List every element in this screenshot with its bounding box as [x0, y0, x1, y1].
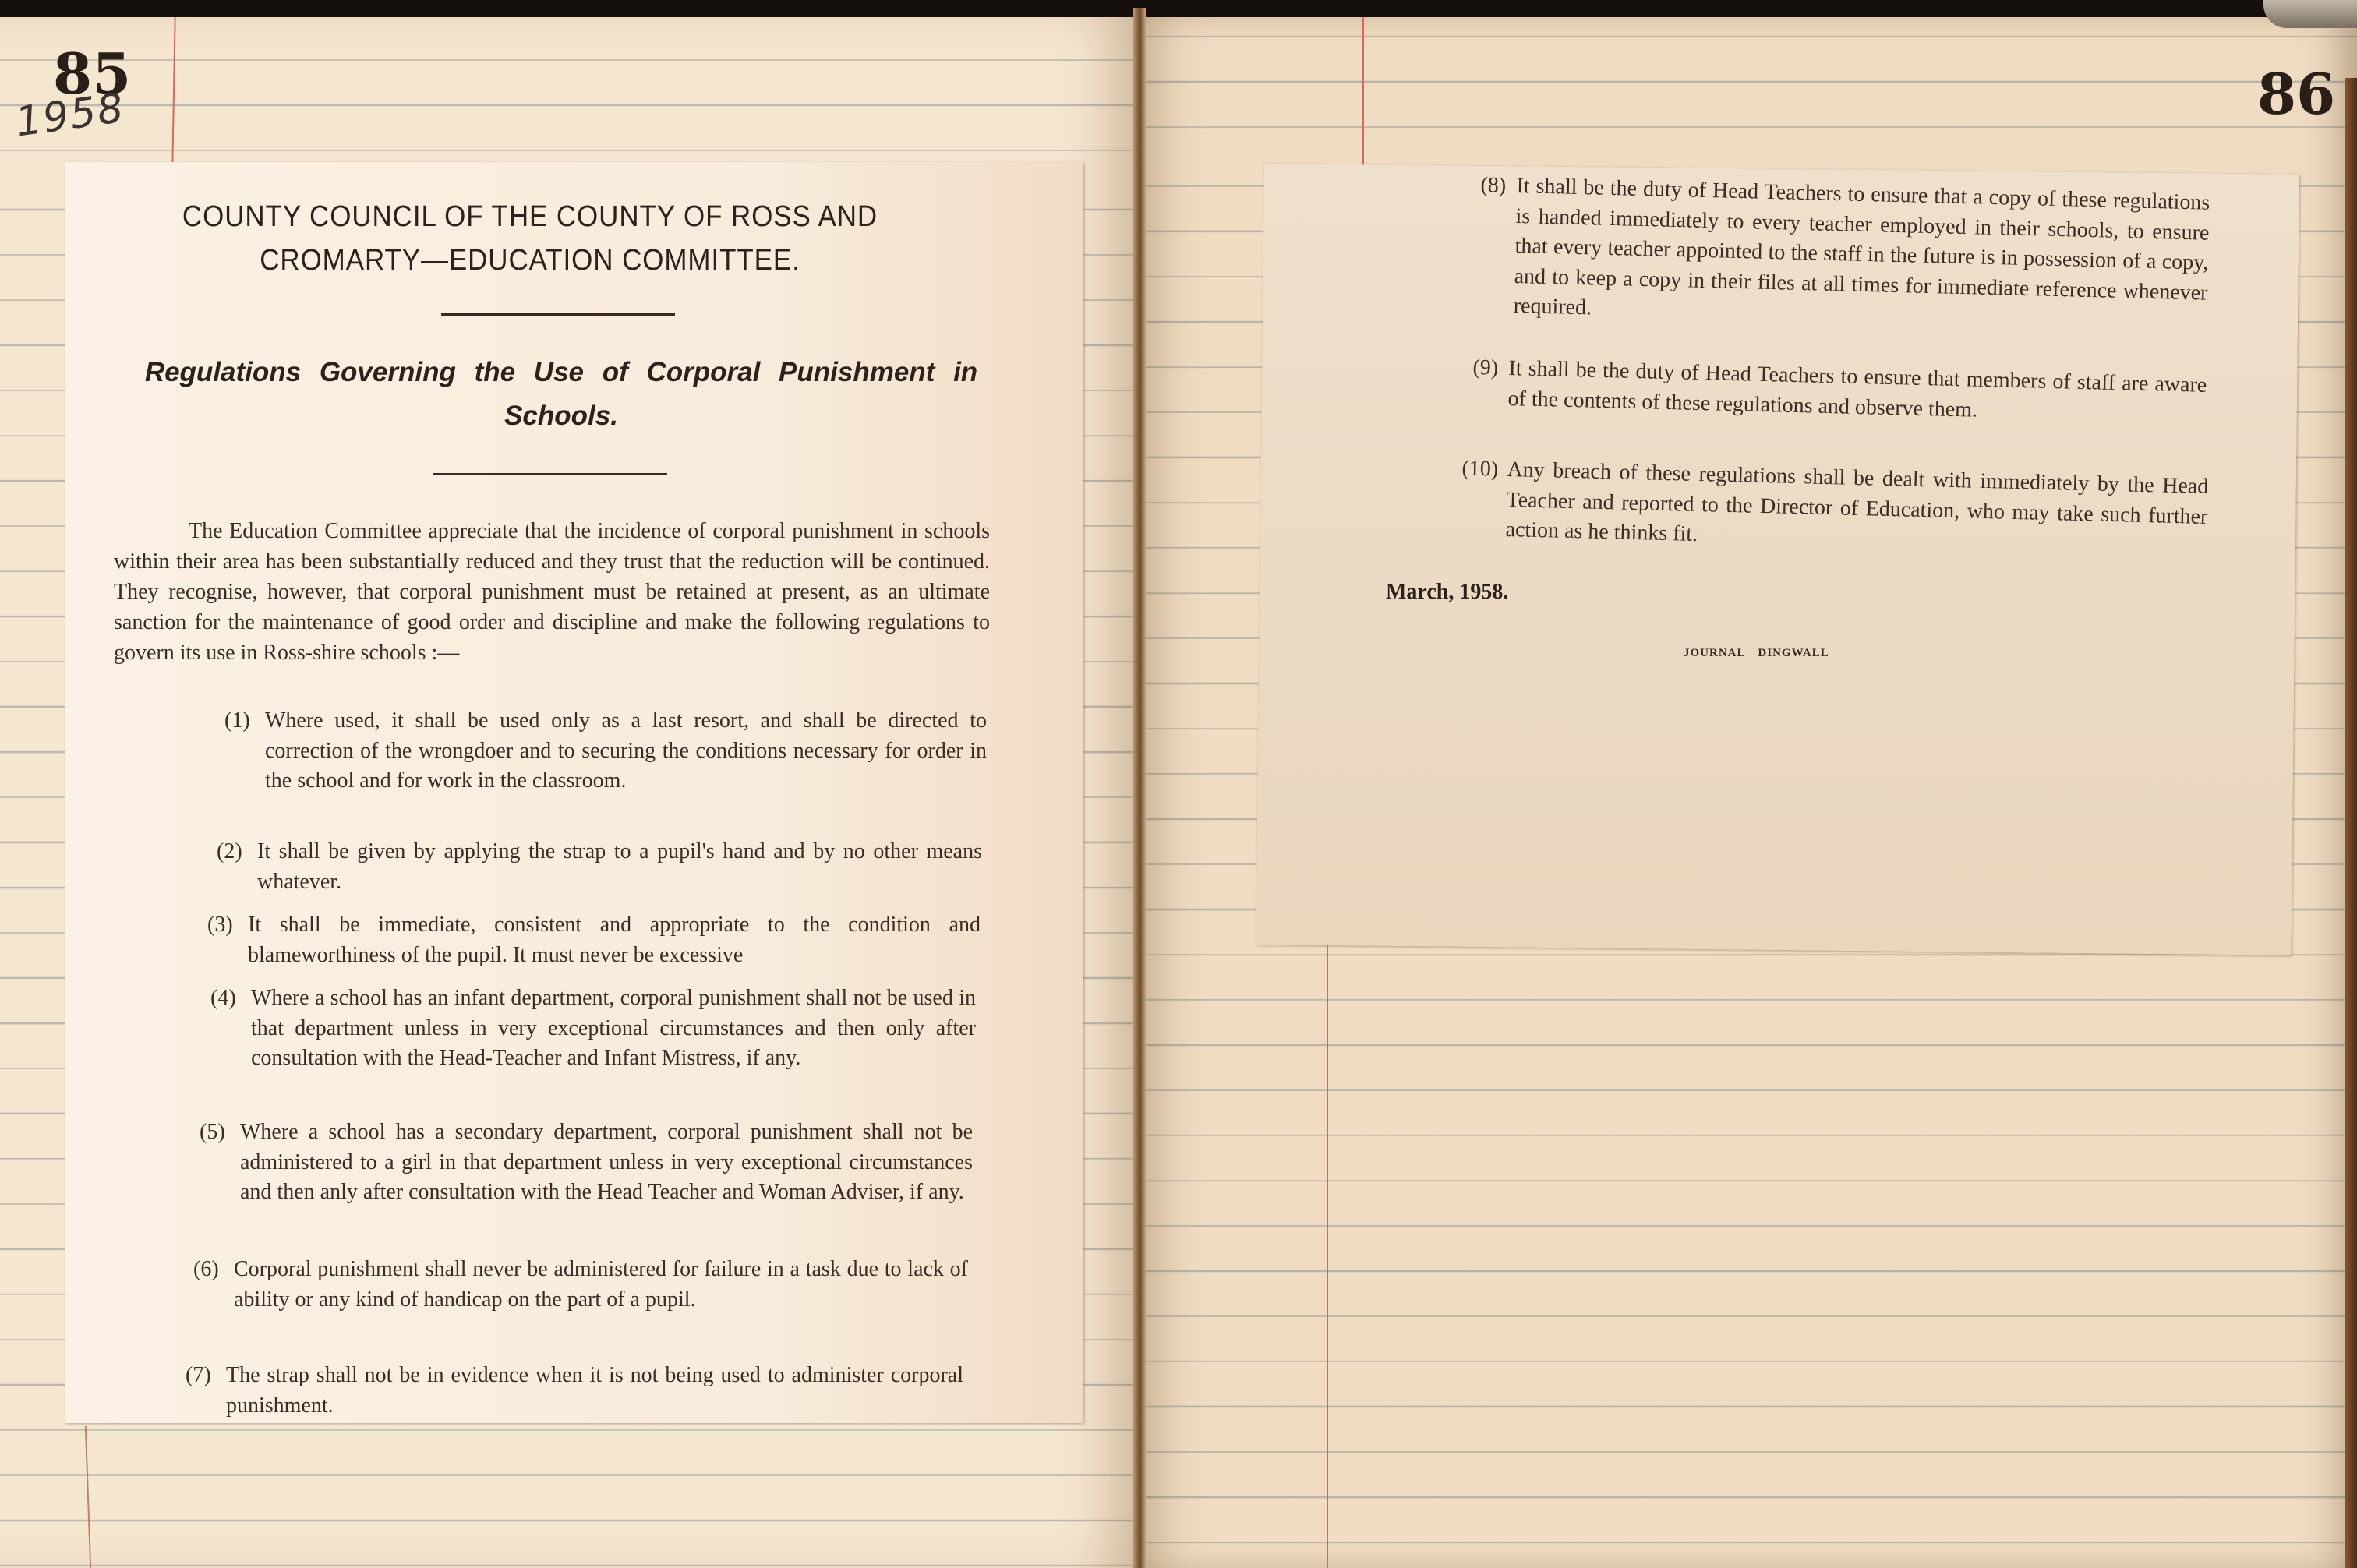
regulation-text: Corporal punishment shall never be admin…	[234, 1255, 968, 1315]
document-title: COUNTY COUNCIL OF THE COUNTY OF ROSS AND…	[136, 195, 924, 282]
book-spine	[1133, 8, 1146, 1568]
title-divider	[441, 313, 675, 316]
regulation-text: Any breach of these regulations shall be…	[1505, 455, 2209, 562]
subtitle-line-2: Schools.	[133, 394, 990, 438]
regulation-number: (4)	[210, 984, 236, 1014]
regulation-text: Where a school has a secondary departmen…	[240, 1118, 973, 1208]
background-shadow	[0, 0, 2357, 17]
regulation-7: (7) The strap shall not be in evidence w…	[226, 1361, 963, 1421]
margin-rule-right-bottom	[1327, 927, 1328, 1568]
document-date: March, 1958.	[1386, 580, 1508, 605]
document-subtitle: Regulations Governing the Use of Corpora…	[133, 351, 990, 438]
regulation-1: (1) Where used, it shall be used only as…	[265, 706, 987, 796]
regulation-number: (6)	[193, 1255, 219, 1285]
regulation-number: (2)	[217, 837, 242, 867]
regulation-8: (8) It shall be the duty of Head Teacher…	[1513, 171, 2210, 338]
regulation-2: (2) It shall be given by applying the st…	[257, 837, 982, 897]
title-line-2: CROMARTY—EDUCATION COMMITTEE.	[136, 238, 924, 282]
book-edge	[2345, 78, 2357, 1568]
regulation-10: (10) Any breach of these regulations sha…	[1505, 455, 2209, 562]
regulation-number: (10)	[1461, 454, 1499, 486]
regulation-number: (5)	[200, 1118, 225, 1148]
regulation-number: (7)	[186, 1361, 211, 1391]
regulation-number: (9)	[1472, 353, 1499, 383]
intro-paragraph: The Education Committee appreciate that …	[114, 516, 990, 668]
regulation-text: It shall be immediate, consistent and ap…	[248, 910, 981, 970]
subtitle-divider	[433, 473, 667, 475]
regulation-number: (3)	[207, 910, 233, 941]
regulation-text: It shall be given by applying the strap …	[257, 837, 982, 897]
regulation-3: (3) It shall be immediate, consistent an…	[248, 910, 981, 970]
margin-rule-right	[1362, 17, 1364, 165]
regulation-text: It shall be the duty of Head Teachers to…	[1513, 171, 2210, 338]
printer-imprint: JOURNAL DINGWALL	[1684, 647, 1829, 660]
regulation-text: Where used, it shall be used only as a l…	[265, 706, 987, 796]
regulation-text: Where a school has an infant department,…	[251, 984, 976, 1074]
page-number-right: 86	[2257, 61, 2335, 127]
open-ledger-book: 85 1958 86 COUNTY COUNCIL OF THE COUNTY …	[0, 0, 2357, 1568]
regulation-6: (6) Corporal punishment shall never be a…	[234, 1255, 968, 1315]
title-line-1: COUNTY COUNCIL OF THE COUNTY OF ROSS AND	[136, 195, 924, 238]
subtitle-line-1: Regulations Governing the Use of Corpora…	[133, 351, 990, 394]
regulation-text: The strap shall not be in evidence when …	[226, 1361, 963, 1421]
regulation-4: (4) Where a school has an infant departm…	[251, 984, 976, 1074]
regulation-5: (5) Where a school has a secondary depar…	[240, 1118, 973, 1208]
cloth-corner	[2263, 0, 2357, 28]
regulation-number: (1)	[224, 706, 250, 736]
regulation-number: (8)	[1480, 171, 1507, 201]
